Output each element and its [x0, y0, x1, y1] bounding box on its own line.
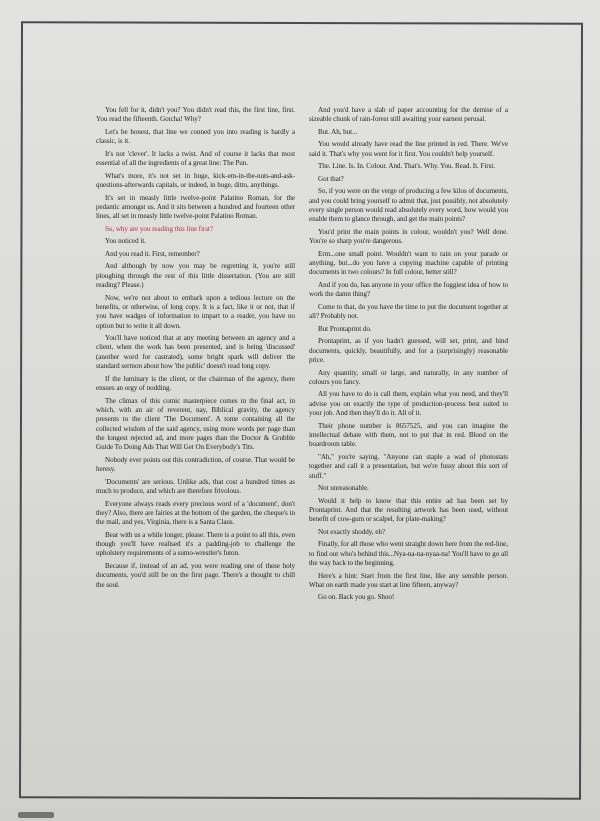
paragraph: Erm...one small point. Wouldn't want to … [309, 250, 508, 278]
paragraph: Come to that, do you have the time to pu… [309, 303, 508, 322]
article-body: You fell for it, didn't you? You didn't … [96, 106, 508, 606]
paragraph: What's more, it's not set in huge, kick-… [96, 172, 295, 191]
paragraph: And you read it. First, remember? [96, 250, 295, 259]
paragraph: Go on. Back you go. Shoo! [309, 593, 508, 602]
paragraph: Their phone number is 8657525, and you c… [309, 422, 508, 450]
paragraph: If the luminary is the client, or the ch… [96, 375, 295, 394]
paragraph: Nobody ever points out this contradictio… [96, 456, 295, 475]
paragraph: So, if you were on the verge of producin… [309, 187, 508, 224]
paragraph: Any quantity, small or large, and natura… [309, 369, 508, 388]
paragraph: It's not 'clever'. It lacks a twist. And… [96, 150, 295, 169]
paragraph: The climax of this comic masterpiece com… [96, 397, 295, 453]
paragraph: All you have to do is call them, explain… [309, 390, 508, 418]
left-column: You fell for it, didn't you? You didn't … [96, 106, 295, 606]
paragraph: Would it help to know that this entire a… [309, 497, 508, 525]
red-highlight-line: So, why are you reading this line first? [96, 225, 295, 234]
paragraph: Finally, for all those who went straight… [309, 540, 508, 568]
paragraph: But. Ah, but... [309, 128, 508, 137]
paragraph: You noticed it. [96, 237, 295, 246]
paragraph: Bear with us a while longer, please. The… [96, 531, 295, 559]
page-edge-mark [18, 812, 54, 818]
paragraph: Here's a hint: Start from the first line… [309, 572, 508, 591]
paragraph: The. Line. Is. In. Colour. And. That's. … [309, 162, 508, 171]
right-column: And you'd have a slab of paper accountin… [309, 106, 508, 606]
paragraph: But Prontaprint do. [309, 325, 508, 334]
paragraph: Not exactly shoddy, eh? [309, 528, 508, 537]
paragraph: You'd print the main points in colour, w… [309, 228, 508, 247]
paragraph: "Ah," you're saying. "Anyone can staple … [309, 453, 508, 481]
paragraph: Now, we're not about to embark upon a te… [96, 294, 295, 331]
paragraph: Not unreasonable. [309, 484, 508, 493]
paragraph: 'Documents' are serious. Unlike ads, tha… [96, 478, 295, 497]
paragraph: You'll have noticed that at any meeting … [96, 334, 295, 371]
paragraph: Because if, instead of an ad, you were r… [96, 562, 295, 590]
paragraph: And you'd have a slab of paper accountin… [309, 106, 508, 125]
paragraph: It's set in measly little twelve-point P… [96, 194, 295, 222]
paragraph: Prontaprint, as if you hadn't guessed, w… [309, 337, 508, 365]
paragraph: You would already have read the line pri… [309, 140, 508, 159]
paragraph: And although by now you may be regrettin… [96, 262, 295, 290]
paragraph: Let's be honest, that line we conned you… [96, 128, 295, 147]
paragraph: Got that? [309, 175, 508, 184]
paragraph: And if you do, has anyone in your office… [309, 281, 508, 300]
paragraph: Everyone always reads every precious wor… [96, 500, 295, 528]
paragraph: You fell for it, didn't you? You didn't … [96, 106, 295, 125]
